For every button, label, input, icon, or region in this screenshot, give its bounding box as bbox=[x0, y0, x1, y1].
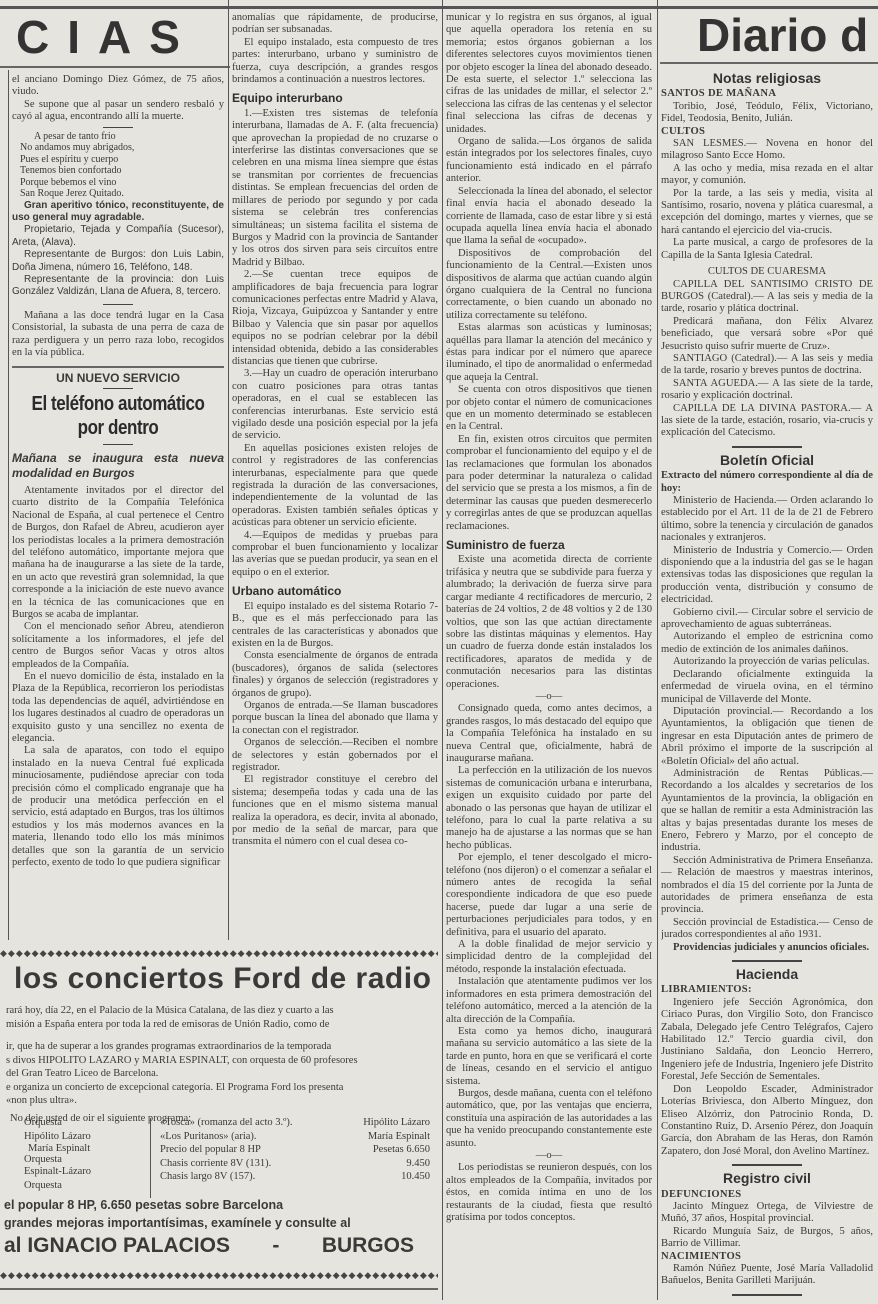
paragraph: Burgos, desde mañana, cuenta con el telé… bbox=[446, 1088, 652, 1150]
ad-line: e organiza un concierto de excepcional c… bbox=[6, 1081, 426, 1095]
subsection-label: LIBRAMIENTOS: bbox=[661, 984, 873, 996]
paragraph: Diputación provincial.— Recordando a los… bbox=[661, 706, 873, 768]
section-title: Suministro de fuerza bbox=[446, 539, 652, 551]
masthead-rule-left bbox=[0, 66, 230, 68]
paragraph: Consignado queda, como antes decimos, a … bbox=[446, 703, 652, 765]
paragraph: Ministerio de Industria y Comercio.— Ord… bbox=[661, 545, 873, 607]
paragraph: Declarando oficialmente extinguida la en… bbox=[661, 669, 873, 706]
ford-radio-ad: ◆◆◆◆◆◆◆◆◆◆◆◆◆◆◆◆◆◆◆◆◆◆◆◆◆◆◆◆◆◆◆◆◆◆◆◆◆◆◆◆… bbox=[0, 948, 438, 1298]
paragraph: Organo de salida.—Los órganos de salida … bbox=[446, 136, 652, 186]
paragraph: Ricardo Munguía Saiz, de Burgos, 5 años,… bbox=[661, 1226, 873, 1251]
paragraph: Jacinto Mínguez Ortega, de Vilviestre de… bbox=[661, 1201, 873, 1226]
ad-line: Propietario, Tejada y Compañía (Sucesor)… bbox=[12, 224, 224, 249]
column-rule bbox=[657, 0, 658, 1300]
ad-line: Representante de la provincia: don Luis … bbox=[12, 274, 224, 299]
program-performers: Orquesta Hipólito Lázaro María Espinalt … bbox=[4, 1116, 144, 1192]
paragraph: CAPILLA DE LA DIVINA PASTORA.— A las sie… bbox=[661, 403, 873, 440]
paragraph: Se supone que al pasar un sendero resbal… bbox=[12, 99, 224, 124]
paragraph: Dispositivos de comprobación del funcion… bbox=[446, 248, 652, 322]
performer: Orquesta bbox=[4, 1179, 144, 1193]
paragraph: Ministerio de Hacienda.— Orden aclarando… bbox=[661, 495, 873, 545]
column-3: municar y lo registra en sus órganos, al… bbox=[446, 12, 652, 1298]
column-2: anomalías que rápidamente, de producirse… bbox=[232, 12, 438, 930]
paragraph: Con el mencionado señor Abreu, atendiero… bbox=[12, 621, 224, 671]
masthead-rule-right bbox=[660, 62, 878, 64]
section-title: Equipo interurbano bbox=[232, 92, 438, 104]
program-row: «Tosca» (romanza del acto 3.º).Hipólito … bbox=[160, 1116, 430, 1130]
dealer-city: BURGOS bbox=[322, 1234, 414, 1258]
program-row: Precio del popular 8 HPPesetas 6.650 bbox=[160, 1143, 430, 1157]
ad-line: Representante de Burgos: don Luis Labin,… bbox=[12, 249, 224, 274]
paragraph: SANTIAGO (Catedral).— A las seis y media… bbox=[661, 353, 873, 378]
ad-line: misión a España entera por toda la red d… bbox=[6, 1018, 426, 1032]
paragraph: el anciano Domingo Diez Gómez, de 75 año… bbox=[12, 74, 224, 99]
column-rule bbox=[8, 70, 9, 940]
paragraph: Ramón Núñez Puente, José María Valladoli… bbox=[661, 1263, 873, 1288]
column-rule bbox=[442, 0, 443, 1300]
program-row: «Los Puritanos» (aria).María Espinalt bbox=[160, 1130, 430, 1144]
paragraph: Sección provincial de Estadística.— Cens… bbox=[661, 917, 873, 942]
poem-line: San Roque Jerez Quitado. bbox=[20, 188, 224, 200]
subsection-label: CULTOS bbox=[661, 126, 873, 138]
paragraph: Extracto del número correspondiente al d… bbox=[661, 470, 873, 495]
subsection-label: DEFUNCIONES bbox=[661, 1189, 873, 1201]
divider bbox=[732, 960, 802, 962]
paragraph: Instalación que atentamente pudimos ver … bbox=[446, 976, 652, 1026]
subsection-label: NACIMIENTOS bbox=[661, 1251, 873, 1263]
section-title: Boletín Oficial bbox=[661, 454, 873, 466]
divider bbox=[12, 366, 224, 368]
poem-line: Pues el espíritu y cuerpo bbox=[20, 154, 224, 166]
performer: Orquesta bbox=[4, 1116, 144, 1130]
masthead-right: Diario d bbox=[697, 8, 868, 62]
paragraph: Seleccionada la línea del abonado, el se… bbox=[446, 186, 652, 248]
ad-line: Gran aperitivo tónico, reconstituyente, … bbox=[12, 200, 224, 225]
poem-line: Porque bebemos el vino bbox=[20, 177, 224, 189]
article-subheadline: Mañana se inaugura esta nueva modalidad … bbox=[12, 451, 224, 481]
divider bbox=[732, 446, 802, 448]
paragraph: El equipo instalado, esta compuesto de t… bbox=[232, 37, 438, 87]
diamond-border-top: ◆◆◆◆◆◆◆◆◆◆◆◆◆◆◆◆◆◆◆◆◆◆◆◆◆◆◆◆◆◆◆◆◆◆◆◆◆◆◆◆… bbox=[0, 948, 438, 960]
paragraph: Esta como ya hemos dicho, inaugurará mañ… bbox=[446, 1026, 652, 1088]
paragraph: 3.—Hay un cuadro de operación interurban… bbox=[232, 368, 438, 442]
performer: Orquesta bbox=[4, 1154, 144, 1165]
paragraph: Por la tarde, a las seis y media, visita… bbox=[661, 188, 873, 238]
ad-line: ir, que ha de superar a los grandes prog… bbox=[6, 1040, 426, 1054]
paragraph: La perfección en la utilización de los n… bbox=[446, 765, 652, 852]
dealer-dash: - bbox=[272, 1234, 279, 1258]
section-title: Hacienda bbox=[661, 968, 873, 980]
ad-line: del Gran Teatro Liceo de Barcelona. bbox=[6, 1067, 426, 1081]
poem-line: A pesar de tanto frio bbox=[20, 131, 224, 143]
paragraph: Por ejemplo, el tener descolgado el micr… bbox=[446, 852, 652, 939]
ad-dealer: al IGNACIO PALACIOS - BURGOS bbox=[4, 1234, 414, 1258]
paragraph: En aquellas posiciones existen relojes d… bbox=[232, 443, 438, 530]
performer: Espinalt-Lázaro bbox=[4, 1165, 144, 1179]
paragraph: CAPILLA DEL SANTISIMO CRISTO DE BURGOS (… bbox=[661, 279, 873, 316]
masthead-left: CIAS bbox=[16, 10, 198, 64]
paragraph: Gobierno civil.— Circular sobre el servi… bbox=[661, 607, 873, 632]
article-headline: El teléfono automático por dentro bbox=[28, 392, 208, 440]
program-divider bbox=[150, 1118, 151, 1198]
paragraph: Existe una acometida directa de corrient… bbox=[446, 554, 652, 690]
poem-line: Tenemos bien confortado bbox=[20, 165, 224, 177]
separator: —o— bbox=[446, 691, 652, 703]
paragraph: Sección Administrativa de Primera Enseña… bbox=[661, 855, 873, 917]
paragraph: SAN LESMES.— Novena en honor del milagro… bbox=[661, 138, 873, 163]
paragraph: Organos de entrada.—Se llaman buscadores… bbox=[232, 700, 438, 737]
article-kicker: UN NUEVO SERVICIO bbox=[12, 372, 224, 384]
paragraph: Predicará mañana, don Félix Alvarez bene… bbox=[661, 316, 873, 353]
paragraph: La parte musical, a cargo de profesores … bbox=[661, 237, 873, 262]
paragraph: Se cuenta con otros dispositivos que tie… bbox=[446, 384, 652, 434]
paragraph: municar y lo registra en sus órganos, al… bbox=[446, 12, 652, 136]
divider bbox=[103, 304, 133, 305]
paragraph: Autorizando el empleo de estricnina como… bbox=[661, 631, 873, 656]
column-1: el anciano Domingo Diez Gómez, de 75 año… bbox=[12, 74, 224, 940]
paragraph: La sala de aparatos, con todo el equipo … bbox=[12, 745, 224, 869]
paragraph: Atentamente invitados por el director de… bbox=[12, 485, 224, 621]
section-title: Notas religiosas bbox=[661, 72, 873, 84]
paragraph: Toribio, José, Teódulo, Félix, Victorian… bbox=[661, 101, 873, 126]
section-title: Registro civil bbox=[661, 1172, 873, 1184]
subsection-label: SANTOS DE MAÑANA bbox=[661, 88, 873, 100]
separator: —o— bbox=[446, 1150, 652, 1162]
diamond-border-bottom: ◆◆◆◆◆◆◆◆◆◆◆◆◆◆◆◆◆◆◆◆◆◆◆◆◆◆◆◆◆◆◆◆◆◆◆◆◆◆◆◆… bbox=[0, 1270, 438, 1282]
ad-tagline: el popular 8 HP, 6.650 pesetas sobre Bar… bbox=[4, 1198, 283, 1212]
program-list: «Tosca» (romanza del acto 3.º).Hipólito … bbox=[160, 1116, 430, 1184]
paragraph: En el nuevo domicilio de ésta, instalado… bbox=[12, 671, 224, 745]
paragraph: Consta esencialmente de órganos de entra… bbox=[232, 650, 438, 700]
divider bbox=[103, 444, 133, 445]
ad-title: los conciertos Ford de radio bbox=[14, 962, 431, 996]
divider bbox=[732, 1294, 802, 1296]
performer: Hipólito Lázaro bbox=[4, 1130, 144, 1144]
paragraph: 1.—Existen tres sistemas de telefonía in… bbox=[232, 108, 438, 269]
paragraph: El registrador constituye el cerebro del… bbox=[232, 774, 438, 848]
subsection-label: CULTOS DE CUARESMA bbox=[661, 266, 873, 278]
paragraph: Don Leopoldo Escader, Administrador Lote… bbox=[661, 1084, 873, 1158]
ad-line: s divos HIPOLITO LAZARO y MARIA ESPINALT… bbox=[6, 1054, 426, 1068]
paragraph: Los periodistas se reunieron después, co… bbox=[446, 1162, 652, 1224]
performer: María Espinalt bbox=[4, 1143, 144, 1154]
column-4: Notas religiosas SANTOS DE MAÑANA Toribi… bbox=[661, 68, 873, 1298]
paragraph: SANTA AGUEDA.— A las siete de la tarde, … bbox=[661, 378, 873, 403]
paragraph: 4.—Equipos de medidas y pruebas para com… bbox=[232, 530, 438, 580]
divider bbox=[732, 1164, 802, 1166]
divider bbox=[103, 127, 133, 128]
paragraph: Organos de selección.—Reciben el nombre … bbox=[232, 737, 438, 774]
dealer-name: al IGNACIO PALACIOS bbox=[4, 1234, 230, 1258]
ad-intro: rará hoy, día 22, en el Palacio de la Mú… bbox=[6, 1004, 426, 1125]
bottom-rule bbox=[0, 1288, 438, 1290]
paragraph: A las ocho y media, misa rezada en el al… bbox=[661, 163, 873, 188]
newspaper-page: CIAS Diario d el anciano Domingo Diez Gó… bbox=[0, 0, 878, 1304]
paragraph: Autorizando la proyección de varias pelí… bbox=[661, 656, 873, 668]
ad-line: «non plus ultra». bbox=[6, 1094, 426, 1108]
divider bbox=[103, 388, 133, 389]
paragraph: 2.—Se cuentan trece equipos de amplifica… bbox=[232, 269, 438, 368]
program-row: Chasis largo 8V (157).10.450 bbox=[160, 1170, 430, 1184]
paragraph: El equipo instalado es del sistema Rotar… bbox=[232, 601, 438, 651]
section-title: Urbano automático bbox=[232, 585, 438, 597]
column-rule bbox=[228, 0, 229, 940]
paragraph: Providencias judiciales y anuncios ofici… bbox=[661, 942, 873, 954]
auction-notice: Mañana a las doce tendrá lugar en la Cas… bbox=[12, 310, 224, 360]
ad-poem: A pesar de tanto frio No andamos muy abr… bbox=[12, 131, 224, 200]
paragraph: A la doble finalidad de mejor servicio y… bbox=[446, 939, 652, 976]
ad-line: rará hoy, día 22, en el Palacio de la Mú… bbox=[6, 1004, 426, 1018]
paragraph: En fin, existen otros circuitos que perm… bbox=[446, 434, 652, 533]
poem-line: No andamos muy abrigados, bbox=[20, 142, 224, 154]
ad-tagline: grandes mejoras importantísimas, examíne… bbox=[4, 1216, 351, 1230]
paragraph: Ingeniero jefe Sección Agronómica, don C… bbox=[661, 997, 873, 1084]
paragraph: Estas alarmas son acústicas y luminosas;… bbox=[446, 322, 652, 384]
paragraph: Administración de Rentas Públicas.— Reco… bbox=[661, 768, 873, 855]
program-row: Chasis corriente 8V (131).9.450 bbox=[160, 1157, 430, 1171]
paragraph: anomalías que rápidamente, de producirse… bbox=[232, 12, 438, 37]
